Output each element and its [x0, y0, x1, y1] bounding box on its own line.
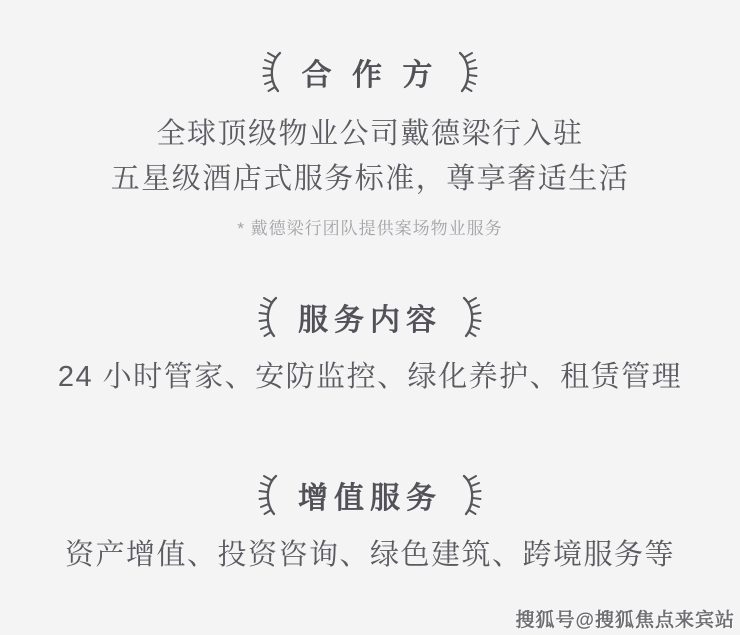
section-partners: 合 作 方 全球顶级物业公司戴德梁行入驻 五星级酒店式服务标准，尊享奢适生活 *…: [0, 0, 740, 240]
laurel-left-icon: [262, 51, 284, 93]
section-title-text: 增值服务: [298, 473, 442, 517]
section-value-added-body: 资产增值、投资咨询、绿色建筑、跨境服务等: [0, 533, 740, 578]
section-title-text: 服务内容: [298, 295, 442, 339]
section-services-title: 服务内容: [0, 295, 740, 339]
laurel-right-icon: [460, 296, 482, 338]
page: 合 作 方 全球顶级物业公司戴德梁行入驻 五星级酒店式服务标准，尊享奢适生活 *…: [0, 0, 740, 635]
section-partners-title: 合 作 方: [0, 50, 740, 94]
laurel-left-icon: [258, 474, 280, 516]
section-title-text: 合 作 方: [302, 50, 439, 94]
body-line: 24 小时管家、安防监控、绿化养护、租赁管理: [0, 355, 740, 400]
body-line: 五星级酒店式服务标准，尊享奢适生活: [0, 157, 740, 202]
laurel-right-icon: [456, 51, 478, 93]
section-value-added-title: 增值服务: [0, 473, 740, 517]
body-line: 全球顶级物业公司戴德梁行入驻: [0, 112, 740, 157]
laurel-left-icon: [258, 296, 280, 338]
footnote: * 戴德梁行团队提供案场物业服务: [0, 218, 740, 240]
section-value-added: 增值服务 资产增值、投资咨询、绿色建筑、跨境服务等: [0, 473, 740, 578]
laurel-right-icon: [460, 474, 482, 516]
section-services: 服务内容 24 小时管家、安防监控、绿化养护、租赁管理: [0, 295, 740, 400]
watermark: 搜狐号@搜狐焦点来宾站: [515, 605, 735, 632]
body-line: 资产增值、投资咨询、绿色建筑、跨境服务等: [0, 533, 740, 578]
section-services-body: 24 小时管家、安防监控、绿化养护、租赁管理: [0, 355, 740, 400]
section-partners-body: 全球顶级物业公司戴德梁行入驻 五星级酒店式服务标准，尊享奢适生活: [0, 112, 740, 202]
